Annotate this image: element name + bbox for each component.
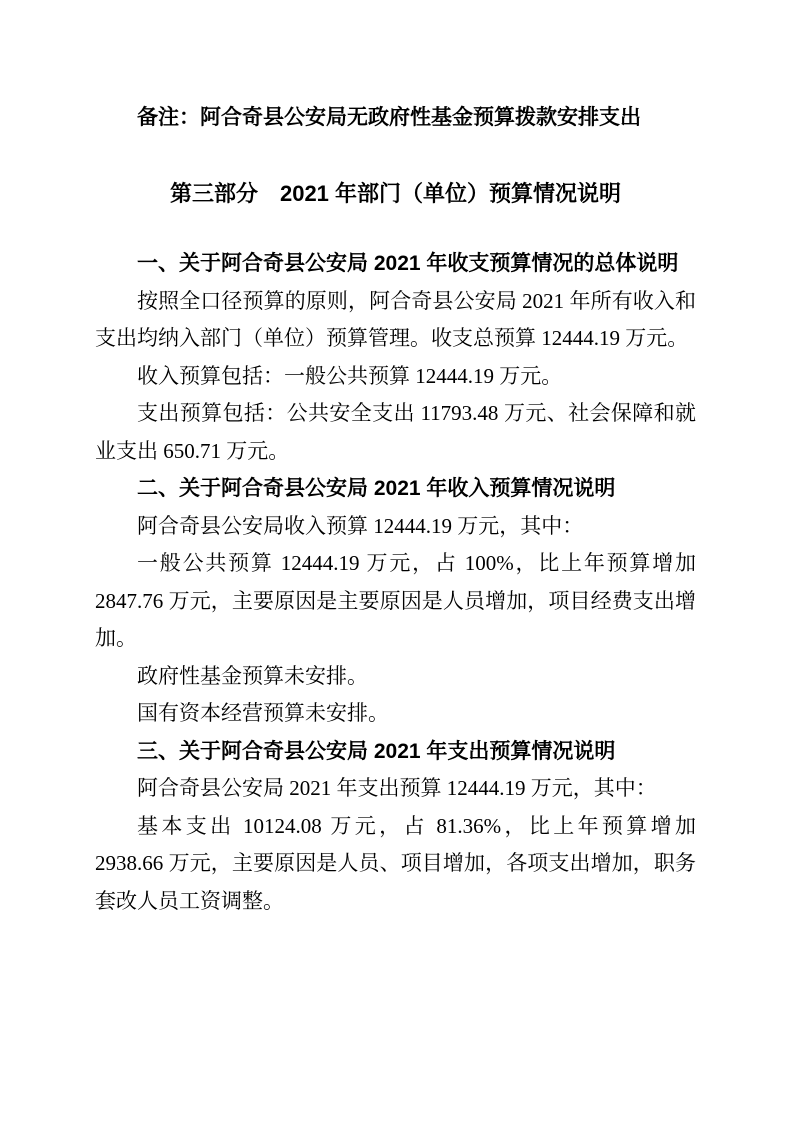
section-3-paragraph-1: 阿合奇县公安局 2021 年支出预算 12444.19 万元，其中：: [95, 770, 696, 808]
section-2-paragraph-3: 政府性基金预算未安排。: [95, 658, 696, 696]
section-2-paragraph-4: 国有资本经营预算未安排。: [95, 695, 696, 733]
section-2-heading: 二、关于阿合奇县公安局 2021 年收入预算情况说明: [95, 470, 696, 508]
section-1-paragraph-1: 按照全口径预算的原则，阿合奇县公安局 2021 年所有收入和支出均纳入部门（单位…: [95, 283, 696, 358]
part-title: 第三部分 2021 年部门（单位）预算情况说明: [95, 175, 696, 213]
section-1-paragraph-2: 收入预算包括：一般公共预算 12444.19 万元。: [95, 358, 696, 396]
section-3-heading: 三、关于阿合奇县公安局 2021 年支出预算情况说明: [95, 733, 696, 771]
section-2-paragraph-1: 阿合奇县公安局收入预算 12444.19 万元，其中：: [95, 508, 696, 546]
section-1-paragraph-3: 支出预算包括：公共安全支出 11793.48 万元、社会保障和就业支出 650.…: [95, 395, 696, 470]
document-page: 备注：阿合奇县公安局无政府性基金预算拨款安排支出 第三部分 2021 年部门（单…: [0, 0, 793, 1122]
section-3-paragraph-2: 基本支出 10124.08 万元，占 81.36%，比上年预算增加 2938.6…: [95, 808, 696, 921]
note-line: 备注：阿合奇县公安局无政府性基金预算拨款安排支出: [95, 99, 696, 137]
section-2-paragraph-2: 一般公共预算 12444.19 万元，占 100%，比上年预算增加 2847.7…: [95, 545, 696, 658]
section-1-heading: 一、关于阿合奇县公安局 2021 年收支预算情况的总体说明: [95, 245, 696, 283]
document-content: 备注：阿合奇县公安局无政府性基金预算拨款安排支出 第三部分 2021 年部门（单…: [0, 0, 793, 920]
